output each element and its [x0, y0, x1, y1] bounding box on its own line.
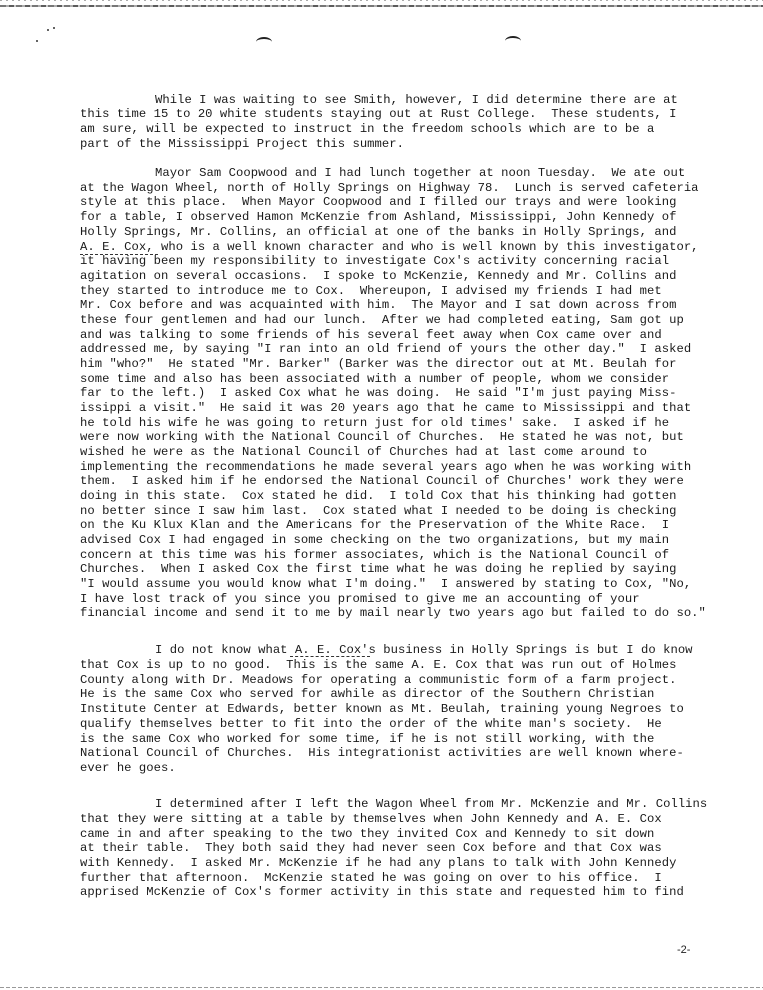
punch-hole-mark-left — [256, 37, 272, 47]
text-line: came in and after speaking to the two th… — [80, 827, 654, 842]
page-number: -2- — [677, 944, 690, 956]
scan-edge-bottom-rule — [0, 987, 763, 988]
text-line: them. I asked him if he endorsed the Nat… — [80, 474, 684, 489]
text-line: implementing the recommendations he made… — [80, 460, 691, 475]
text-line: further that afternoon. McKenzie stated … — [80, 871, 662, 886]
text-line: with Kennedy. I asked Mr. McKenzie if he… — [80, 856, 676, 871]
text-line: he told his wife he was going to return … — [80, 416, 669, 431]
text-line: some time and also has been associated w… — [80, 372, 669, 387]
text-line: style at this place. When Mayor Coopwood… — [80, 195, 676, 210]
text-line: these four gentlemen and had our lunch. … — [80, 313, 684, 328]
scan-speck — [53, 27, 55, 29]
punch-hole-mark-right — [505, 36, 521, 46]
text-line: were now working with the National Counc… — [80, 430, 684, 445]
text-line: I do not know what A. E. Cox's business … — [155, 643, 693, 658]
scan-speck — [36, 40, 38, 42]
text-line: Mr. Cox before and was acquainted with h… — [80, 298, 676, 313]
text-line: wished he were as the National Council o… — [80, 445, 647, 460]
text-line: am sure, will be expected to instruct in… — [80, 122, 654, 137]
text-line: issippi a visit." He said it was 20 year… — [80, 401, 691, 416]
text-line: concern at this time was his former asso… — [80, 548, 669, 563]
text-line: National Council of Churches. His integr… — [80, 746, 684, 761]
scan-speck — [47, 29, 49, 31]
text-line: "I would assume you would know what I'm … — [80, 577, 691, 592]
text-line: A. E. Cox, who is a well known character… — [80, 240, 699, 255]
text-line: ever he goes. — [80, 761, 176, 776]
text-line: him "who?" He stated "Mr. Barker" (Barke… — [80, 357, 676, 372]
text-line: part of the Mississippi Project this sum… — [80, 137, 404, 152]
text-line: I have lost track of you since you promi… — [80, 592, 640, 607]
text-line: Mayor Sam Coopwood and I had lunch toget… — [155, 166, 685, 181]
text-line: Holly Springs, Mr. Collins, an official … — [80, 225, 676, 240]
scan-edge-top-rule — [0, 5, 763, 7]
text-line: for a table, I observed Hamon McKenzie f… — [80, 210, 676, 225]
text-line: that Cox is up to no good. This is the s… — [80, 658, 676, 673]
text-line: agitation on several occasions. I spoke … — [80, 269, 676, 284]
text-line: qualify themselves better to fit into th… — [80, 717, 662, 732]
text-line: this time 15 to 20 white students stayin… — [80, 107, 676, 122]
text-line: at their table. They both said they had … — [80, 841, 662, 856]
text-line: While I was waiting to see Smith, howeve… — [155, 93, 678, 108]
text-line: County along with Dr. Meadows for operat… — [80, 673, 676, 688]
text-line: He is the same Cox who served for awhile… — [80, 687, 654, 702]
text-line: it having been my responsibility to inve… — [80, 254, 669, 269]
text-line: Churches. When I asked Cox the first tim… — [80, 562, 676, 577]
handwritten-underline — [290, 656, 370, 657]
text-line: that they were sitting at a table by the… — [80, 812, 662, 827]
text-line: on the Ku Klux Klan and the Americans fo… — [80, 518, 669, 533]
text-line: far to the left.) I asked Cox what he wa… — [80, 386, 676, 401]
text-line: at the Wagon Wheel, north of Holly Sprin… — [80, 181, 699, 196]
text-line: advised Cox I had engaged in some checki… — [80, 533, 669, 548]
text-line: financial income and send it to me by ma… — [80, 606, 706, 621]
text-line: is the same Cox who worked for some time… — [80, 732, 654, 747]
text-line: apprised McKenzie of Cox's former activi… — [80, 885, 684, 900]
text-line: doing in this state. Cox stated he did. … — [80, 489, 676, 504]
text-line: I determined after I left the Wagon Whee… — [155, 797, 707, 812]
text-line: and was talking to some friends of his s… — [80, 328, 662, 343]
text-line: they started to introduce me to Cox. Whe… — [80, 284, 662, 299]
text-line: no better since I saw him last. Cox stat… — [80, 504, 676, 519]
text-line: addressed me, by saying "I ran into an o… — [80, 342, 691, 357]
text-line: Institute Center at Edwards, better know… — [80, 702, 684, 717]
scan-edge-top-dots — [0, 0, 763, 1]
